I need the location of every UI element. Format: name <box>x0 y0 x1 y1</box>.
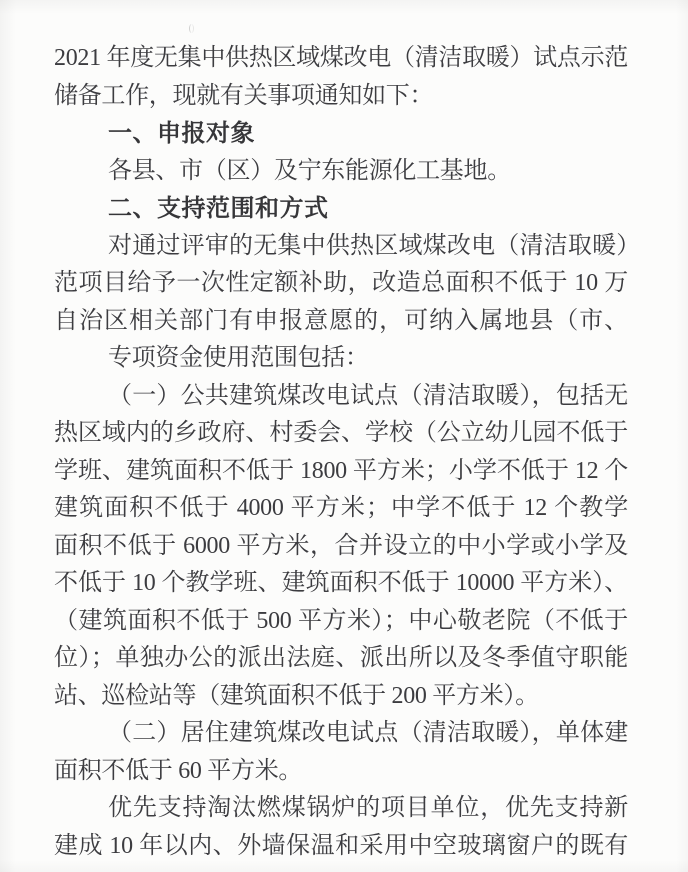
document-text: 2021 年度无集中供热区域煤改电（清洁取暖）试点示范项目储备工作，现就有关事项… <box>54 40 628 865</box>
text-line: 面积不低于 6000 平方米，合并设立的中小学或小学及幼儿园 <box>54 528 628 566</box>
text-line: 2021 年度无集中供热区域煤改电（清洁取暖）试点示范项目 <box>54 40 628 78</box>
text-line: 不低于 10 个教学班、建筑面积不低于 10000 平方米）、卫生院 <box>54 565 628 603</box>
text-line: 优先支持淘汰燃煤锅炉的项目单位，优先支持新建建筑及 <box>54 790 628 828</box>
section-heading: 一、申报对象 <box>54 115 628 153</box>
document-page: 2021 年度无集中供热区域煤改电（清洁取暖）试点示范项目储备工作，现就有关事项… <box>0 0 688 872</box>
text-line: 储备工作，现就有关事项通知如下： <box>54 78 628 116</box>
text-line: 各县、市（区）及宁东能源化工基地。 <box>54 153 628 191</box>
text-line: 专项资金使用范围包括： <box>54 340 628 378</box>
text-line: 学班、建筑面积不低于 1800 平方米；小学不低于 12 个教学班、 <box>54 453 628 491</box>
text-line: 建筑面积不低于 4000 平方米；中学不低于 12 个教学班、建筑 <box>54 490 628 528</box>
text-line: 建成 10 年以内、外墙保温和采用中空玻璃窗户的既有建筑， <box>54 828 628 866</box>
text-line: 热区域内的乡政府、村委会、学校（公立幼儿园不低于 6 个教 <box>54 415 628 453</box>
section-heading: 二、支持范围和方式 <box>54 190 628 228</box>
scan-artifact-speck <box>189 24 194 33</box>
text-line: 面积不低于 60 平方米。 <box>54 753 628 791</box>
text-line: 对通过评审的无集中供热区域煤改电（清洁取暖）试点示 <box>54 228 628 266</box>
text-line: 站、巡检站等（建筑面积不低于 200 平方米）。 <box>54 678 628 716</box>
text-line: （二）居住建筑煤改电试点（清洁取暖），单体建筑取暖 <box>54 715 628 753</box>
text-line: 范项目给予一次性定额补助，改造总面积不低于 10 万平方米。 <box>54 265 628 303</box>
text-line: 位）；单独办公的派出法庭、派出所以及冬季值守职能的观测 <box>54 640 628 678</box>
text-line: （建筑面积不低于 500 平方米）；中心敬老院（不低于 60 张床 <box>54 603 628 641</box>
text-line: （一）公共建筑煤改电试点（清洁取暖），包括无集中供 <box>54 378 628 416</box>
text-line: 自治区相关部门有申报意愿的，可纳入属地县（市、区）申报。 <box>54 303 628 341</box>
